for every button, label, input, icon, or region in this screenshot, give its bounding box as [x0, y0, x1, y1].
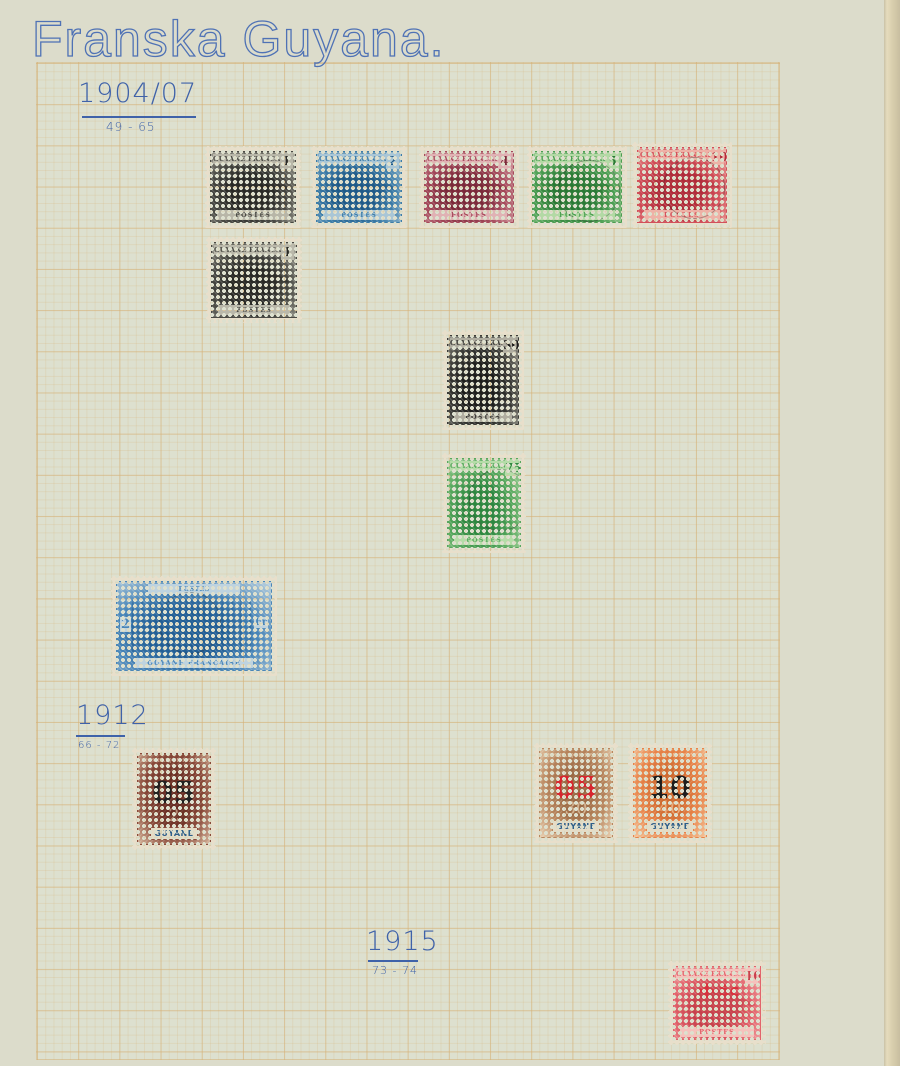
stamp[interactable]: GUYANE FRANCAISE30POSTES — [442, 330, 524, 430]
stamp-country-label: GUYANE FRANCAISE — [135, 658, 252, 668]
overprint-value: 5c — [719, 981, 740, 1001]
stamp-design: POSTES2FrGUYANE FRANCAISE — [116, 581, 272, 671]
stamp-bottom-label: POSTES — [680, 1027, 754, 1037]
red-cross-icon: ✚ — [698, 981, 715, 1001]
stamp[interactable]: REPUBLIQUE FRANCAISE3005GUYANE — [534, 743, 618, 843]
postmark-icon — [159, 592, 221, 654]
stamp-bottom-label: POSTES — [454, 412, 512, 422]
stamp[interactable]: GUYANE FRANCAISE10POSTES✚5c — [668, 961, 766, 1045]
stamp-bottom-label: POSTES — [217, 210, 289, 220]
stamp-design: GUYANE FRANCAISE10POSTES — [637, 147, 727, 223]
anteater-icon — [227, 267, 279, 295]
stamp-design: GUYANE FRANCAISE5POSTES — [532, 151, 622, 223]
postmark-icon — [558, 160, 620, 222]
stamp-header-text: REPUBLIQUE FRANCAISE — [543, 752, 609, 760]
stamp-design: REPUBLIQUE FRANCAISE4010GUYANE — [633, 748, 707, 838]
stamp-header-text: REPUBLIQUE FRANCAISE — [637, 752, 703, 760]
catalog-range-1915: 73 - 74 — [372, 964, 418, 977]
page-edge — [884, 0, 900, 1066]
section-divider — [368, 960, 418, 962]
stamp[interactable]: GUYANE FRANCAISE1POSTES — [206, 237, 302, 323]
album-page: Franska Guyana. 1904/07 49 - 65 1912 66 … — [0, 0, 885, 1066]
section-divider — [82, 116, 196, 118]
stamp-country-label: GUYANE FRANCAISE — [214, 245, 282, 255]
postmark-icon — [663, 157, 725, 219]
stamp-country-label: GUYANE FRANCAISE — [319, 154, 387, 164]
surcharge-overprint: 10 — [634, 772, 706, 806]
section-year-1915: 1915 — [366, 926, 439, 957]
catalog-range-1904: 49 - 65 — [106, 120, 156, 134]
stamp-value-right: Fr — [254, 617, 268, 628]
section-year-1904: 1904/07 — [78, 78, 197, 109]
anteater-icon — [332, 174, 384, 201]
stamp[interactable]: POSTES2FrGUYANE FRANCAISE — [111, 576, 277, 676]
stamp-value-left: 2 — [120, 617, 131, 632]
stamp-design: GUYANE FRANCAISE30POSTES — [447, 335, 519, 425]
section-year-1912: 1912 — [76, 700, 149, 731]
stamp[interactable]: GUYANE FRANCAISE5POSTES — [527, 146, 627, 228]
stamp[interactable]: GUYANE FRANCAISE2POSTES — [311, 146, 407, 228]
anteater-icon — [226, 174, 278, 201]
stamp-value: 10 — [745, 968, 758, 984]
anteater-icon — [441, 174, 496, 201]
surcharge-overprint: 05 — [138, 777, 210, 811]
stamp-country-label: GUYANE — [552, 820, 601, 833]
stamp-bottom-label: POSTES — [323, 210, 395, 220]
stamp-value: 1 — [281, 244, 294, 260]
stamp[interactable]: GUYANE FRANCAISE10POSTES — [632, 142, 732, 228]
stamp-design: GUYANE FRANCAISE1POSTES — [210, 151, 296, 223]
stamp-design: REPUBLIQUE FRANCAISE205GUYANE — [137, 753, 211, 845]
stamp[interactable]: GUYANE FRANCAISE75POSTES — [442, 453, 526, 553]
stamp[interactable]: GUYANE FRANCAISE1POSTES — [205, 146, 301, 228]
surcharge-overprint: 05 — [540, 772, 612, 806]
stamp-bottom-label: POSTES — [454, 535, 514, 545]
stamp-bottom-label: POSTES — [431, 210, 507, 220]
stamp-design: GUYANE FRANCAISE1POSTES — [211, 242, 297, 318]
stamp-design: GUYANE FRANCAISE10POSTES✚5c — [673, 966, 761, 1040]
stamp-country-label: GUYANE — [150, 827, 199, 840]
stamp-design: GUYANE FRANCAISE2POSTES — [316, 151, 402, 223]
stamp-value: 2 — [386, 153, 399, 169]
stamp-bottom-label: POSTES — [218, 305, 290, 315]
stamp-value: 1 — [280, 153, 293, 169]
stamp[interactable]: GUYANE FRANCAISE4POSTES — [419, 146, 519, 228]
stamp[interactable]: REPUBLIQUE FRANCAISE4010GUYANE — [628, 743, 712, 843]
stamp-value: 4 — [498, 153, 511, 169]
page-title: Franska Guyana. — [32, 10, 446, 68]
section-divider — [76, 735, 125, 737]
catalog-range-1912: 66 - 72 — [78, 740, 120, 751]
stamp-country-label: GUYANE FRANCAISE — [213, 154, 281, 164]
stamp-country-label: GUYANE FRANCAISE — [427, 154, 499, 164]
stamp-design: GUYANE FRANCAISE75POSTES — [447, 458, 521, 548]
stamp-design: REPUBLIQUE FRANCAISE3005GUYANE — [539, 748, 613, 838]
stamp[interactable]: REPUBLIQUE FRANCAISE205GUYANE — [132, 748, 216, 850]
stamp-design: GUYANE FRANCAISE4POSTES — [424, 151, 514, 223]
stamp-country-label: GUYANE FRANCAISE — [676, 969, 746, 979]
stamp-country-label: GUYANE — [646, 820, 695, 833]
stamp-header-text: REPUBLIQUE FRANCAISE — [141, 757, 207, 765]
